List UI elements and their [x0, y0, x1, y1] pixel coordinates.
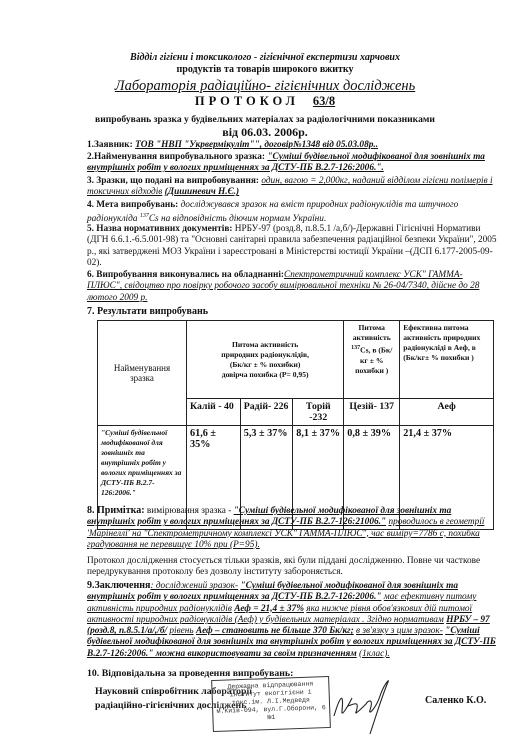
normative-label: 5. Назва нормативних документів:: [87, 224, 232, 234]
conclusion-class: (1клас).: [359, 649, 390, 659]
nuclide-cs137: Цезій- 137: [344, 399, 400, 426]
protocol-label: ПРОТОКОЛ: [195, 94, 299, 108]
responsible-name: Саленко К.О.: [425, 695, 486, 706]
section-note: 8. Примітка: вимірювання зразка - "Суміш…: [87, 505, 497, 551]
table-header-row: Найменування зразка Питома активність пр…: [98, 321, 494, 399]
results-table: Найменування зразка Питома активність пр…: [97, 320, 494, 530]
header-natural-activity: Питома активність природних радіонукліді…: [187, 321, 344, 399]
laboratory-title: Лабораторія радіаційно- гігієнічних досл…: [0, 78, 530, 95]
header-cs-activity: Питома активність137Cs, в (Бк/кг ± % пох…: [344, 321, 400, 399]
note-disclaimer: Протокол дослідження стосується тільки з…: [87, 556, 497, 579]
protocol-subtitle: випробувань зразка у будівельних матеріа…: [0, 114, 530, 125]
nuclide-k40: Калій - 40: [187, 399, 241, 426]
cs-header-b: Cs, в (Бк/кг ± % похибки ): [355, 346, 392, 375]
purpose-label: 4. Мета випробувань:: [87, 200, 178, 210]
section-applicant: 1.Заявник: ТОВ "НВП "Укрвермікуліт"", до…: [87, 140, 497, 151]
nuclide-aeff: Aеф: [400, 399, 494, 426]
conclusion-intro: : досліджений зразок-: [150, 581, 238, 591]
department-line-1: Відділ гігієни і токсиколого - гігієнічн…: [0, 52, 530, 63]
section-sample-name: 2.Найменування випробувального зразка: "…: [87, 152, 497, 175]
section-purpose: 4. Мета випробувань: досліджувався зразо…: [87, 200, 497, 226]
cs-header-a: Питома активність: [353, 323, 391, 342]
note-intro: вимірювання зразка -: [147, 506, 231, 516]
signature-icon: [330, 676, 400, 736]
purpose-isotope-sup: 137: [140, 213, 149, 219]
nuclide-ra226: Радій- 226: [240, 399, 292, 426]
conclusion-label: 9.Заключення: [87, 580, 150, 591]
section-conclusion: 9.Заключення: досліджений зразок- "Суміш…: [87, 580, 497, 660]
note-label: 8. Примітка:: [87, 505, 145, 516]
department-line-2: продуктів та товарів широкого вжитку: [0, 64, 530, 75]
conclusion-text4: в зв'язку з цим зразок-: [356, 626, 443, 636]
results-heading: 7. Результати випробувань: [87, 306, 497, 317]
section-samples-submitted: 3. Зразки, що подані на випробовування: …: [87, 176, 497, 199]
official-stamp: Державна відпрацювання інститут екогігіє…: [211, 676, 331, 732]
protocol-date: від 06.03. 2006р.: [0, 125, 530, 140]
sample-name-label: 2.Найменування випробувального зразка:: [87, 152, 265, 162]
protocol-title: ПРОТОКОЛ63/8: [0, 94, 530, 109]
samples-person: (Дишиневич Н.Є.): [165, 187, 239, 197]
conclusion-limit: Aеф – становить не більше 370 Бк/кг;: [196, 626, 354, 636]
cs-header-sup: 137: [351, 345, 360, 351]
applicant-value: ТОВ "НВП "Укрвермікуліт"", договір№1348 …: [135, 140, 378, 150]
conclusion-text3: рівень: [169, 626, 193, 636]
protocol-number: 63/8: [313, 94, 335, 108]
header-effective-activity: Ефективна питома активність природних ра…: [400, 321, 494, 399]
applicant-label: 1.Заявник:: [87, 140, 133, 150]
section-normative-documents: 5. Назва нормативних документів: НРБУ-97…: [87, 224, 497, 269]
nuclide-th232: Торій -232: [293, 399, 344, 426]
conclusion-aeff-value: Aеф = 21,4 ± 37%: [234, 604, 304, 614]
purpose-value-b: Cs на відповідність діючим нормам Україн…: [149, 214, 326, 224]
equipment-label: 6. Випробування виконувались на обладнан…: [87, 270, 284, 280]
section-equipment: 6. Випробування виконувались на обладнан…: [87, 270, 497, 304]
header-sample-name: Найменування зразка: [98, 321, 187, 426]
samples-label: 3. Зразки, що подані на випробовування:: [87, 176, 259, 186]
